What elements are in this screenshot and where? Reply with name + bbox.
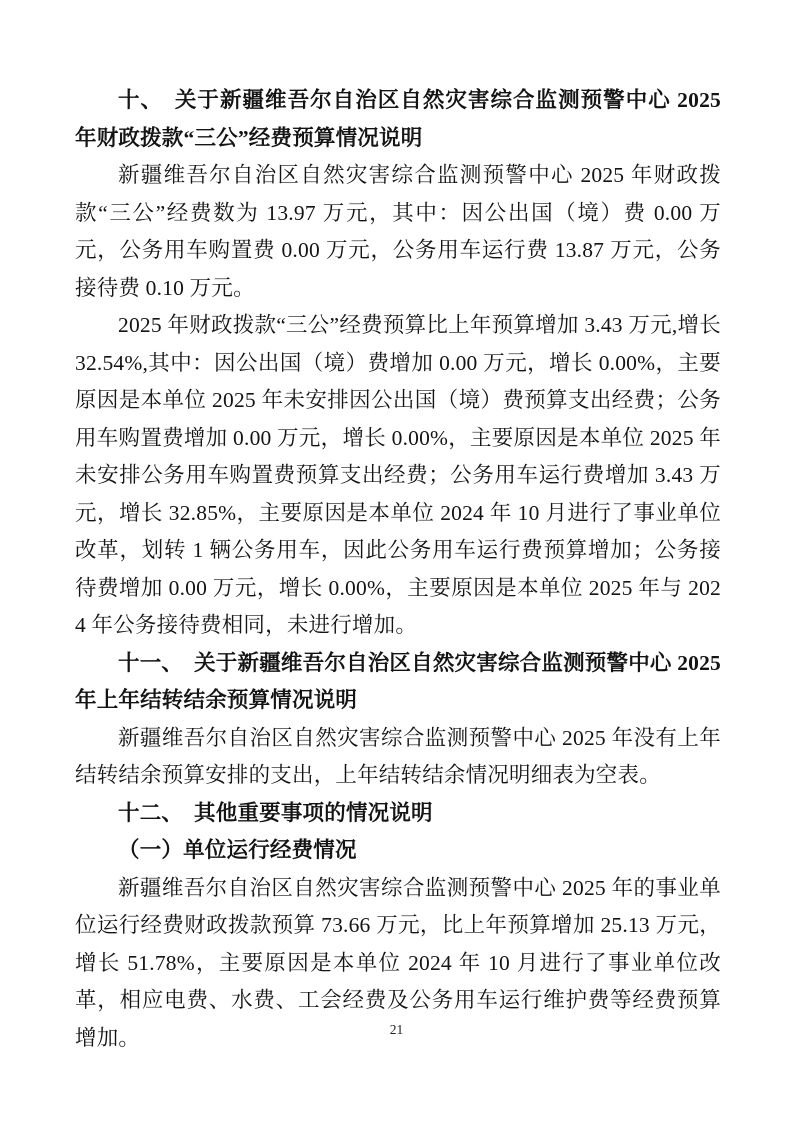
page-number: 21: [0, 1022, 793, 1038]
section-12-heading: 十二、 其他重要事项的情况说明: [75, 795, 721, 833]
section-10-heading: 十、 关于新疆维吾尔自治区自然灾害综合监测预警中心 2025 年财政拨款“三公”…: [75, 82, 721, 157]
section-12-subheading: （一）单位运行经费情况: [75, 832, 721, 870]
section-10-paragraph-1: 新疆维吾尔自治区自然灾害综合监测预警中心 2025 年财政拨款“三公”经费数为 …: [75, 157, 721, 307]
section-11-paragraph-1: 新疆维吾尔自治区自然灾害综合监测预警中心 2025 年没有上年结转结余预算安排的…: [75, 720, 721, 795]
section-11-heading: 十一、 关于新疆维吾尔自治区自然灾害综合监测预警中心 2025 年上年结转结余预…: [75, 645, 721, 720]
section-10-paragraph-2: 2025 年财政拨款“三公”经费预算比上年预算增加 3.43 万元,增长 32.…: [75, 307, 721, 645]
document-page: 十、 关于新疆维吾尔自治区自然灾害综合监测预警中心 2025 年财政拨款“三公”…: [0, 0, 793, 1122]
document-content: 十、 关于新疆维吾尔自治区自然灾害综合监测预警中心 2025 年财政拨款“三公”…: [75, 82, 721, 1057]
